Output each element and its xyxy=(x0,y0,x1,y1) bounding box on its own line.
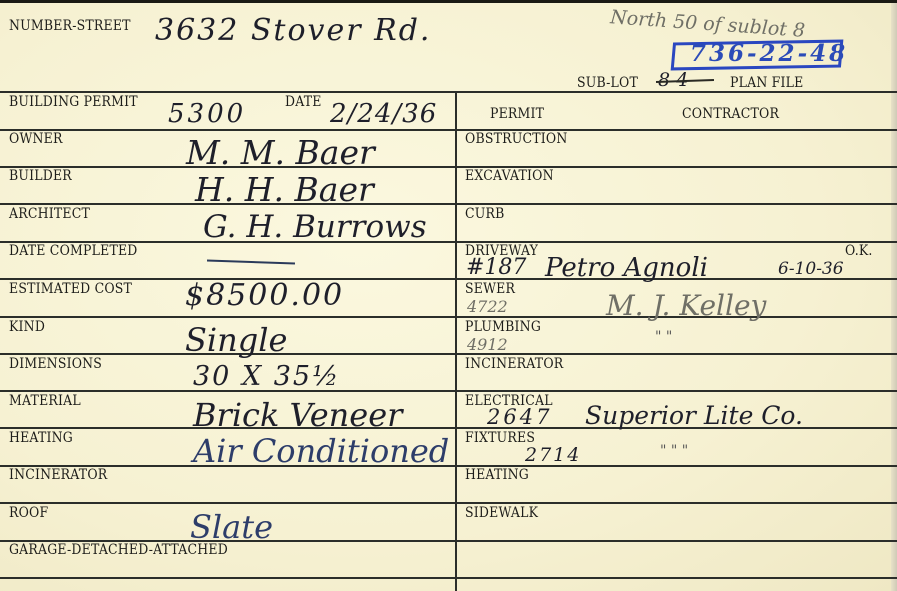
rule-line xyxy=(0,278,897,280)
driveway-status: O.K. xyxy=(845,242,873,258)
number-street-value: 3632 Stover Rd. xyxy=(155,13,431,48)
fixtures-contractor-ditto: " " " xyxy=(660,443,688,459)
rule-line xyxy=(0,353,897,355)
plumbing-permit-number: 4912 xyxy=(467,335,508,354)
garage-label: GARAGE-DETACHED-ATTACHED xyxy=(9,541,228,557)
column-divider xyxy=(455,91,457,591)
architect-label: ARCHITECT xyxy=(9,205,90,221)
incinerator-label: INCINERATOR xyxy=(9,466,107,482)
contractor-column-header: CONTRACTOR xyxy=(682,105,779,121)
owner-label: OWNER xyxy=(9,130,63,146)
fixtures-label: FIXTURES xyxy=(465,429,535,445)
date-completed-label: DATE COMPLETED xyxy=(9,242,138,258)
rule-line xyxy=(0,390,897,392)
dimensions-label: DIMENSIONS xyxy=(9,355,102,371)
dimensions-value: 30 X 35½ xyxy=(193,361,340,392)
heating-value: Air Conditioned xyxy=(193,432,449,470)
estimated-cost-value: $8500.00 xyxy=(185,278,344,313)
kind-label: KIND xyxy=(9,318,45,334)
incinerator-permit-label: INCINERATOR xyxy=(465,355,563,371)
material-label: MATERIAL xyxy=(9,392,81,408)
heating-label: HEATING xyxy=(9,429,73,445)
rule-line xyxy=(0,166,897,168)
heating-permit-label: HEATING xyxy=(465,466,529,482)
date-value: 2/24/36 xyxy=(330,99,437,129)
rule-line xyxy=(0,502,897,504)
date-completed-dash xyxy=(207,259,295,264)
material-value: Brick Veneer xyxy=(193,396,402,434)
obstruction-label: OBSTRUCTION xyxy=(465,130,568,146)
rule-line xyxy=(0,577,897,579)
builder-label: BUILDER xyxy=(9,167,72,183)
sidewalk-label: SIDEWALK xyxy=(465,504,538,520)
number-street-label: NUMBER-STREET xyxy=(9,17,131,33)
legal-description-note: North 50 of sublot 8 xyxy=(609,6,805,42)
rule-line xyxy=(0,203,897,205)
estimated-cost-label: ESTIMATED COST xyxy=(9,280,132,296)
roof-label: ROOF xyxy=(9,504,48,520)
driveway-permit-number: #187 xyxy=(466,255,526,280)
curb-label: CURB xyxy=(465,205,505,221)
permit-column-header: PERMIT xyxy=(490,105,544,121)
date-label: DATE xyxy=(285,93,322,109)
excavation-label: EXCAVATION xyxy=(465,167,554,183)
building-permit-value: 5300 xyxy=(168,99,246,129)
plumbing-contractor-ditto: " " xyxy=(655,329,672,345)
driveway-contractor: Petro Agnoli xyxy=(545,253,708,283)
builder-value: H. H. Baer xyxy=(195,170,374,209)
parcel-number-stamp: 736-22-48 xyxy=(690,40,848,67)
electrical-contractor: Superior Lite Co. xyxy=(585,401,803,430)
sewer-label: SEWER xyxy=(465,280,515,296)
owner-value: M. M. Baer xyxy=(186,133,375,172)
sewer-permit-number: 4722 xyxy=(467,297,508,316)
kind-value: Single xyxy=(185,321,287,359)
architect-value: G. H. Burrows xyxy=(203,209,427,245)
plumbing-label: PLUMBING xyxy=(465,318,541,334)
fixtures-permit-number: 2714 xyxy=(525,444,581,466)
rule-line xyxy=(0,129,897,131)
electrical-permit-number: 2647 xyxy=(487,405,552,429)
plan-file-label: PLAN FILE xyxy=(730,74,804,90)
driveway-date: 6-10-36 xyxy=(778,259,844,279)
building-permit-card: NUMBER-STREET 3632 Stover Rd. North 50 o… xyxy=(0,0,897,591)
sewer-contractor: M. J. Kelley xyxy=(606,289,766,322)
building-permit-label: BUILDING PERMIT xyxy=(9,93,138,109)
sub-lot-label: SUB-LOT xyxy=(577,74,638,90)
